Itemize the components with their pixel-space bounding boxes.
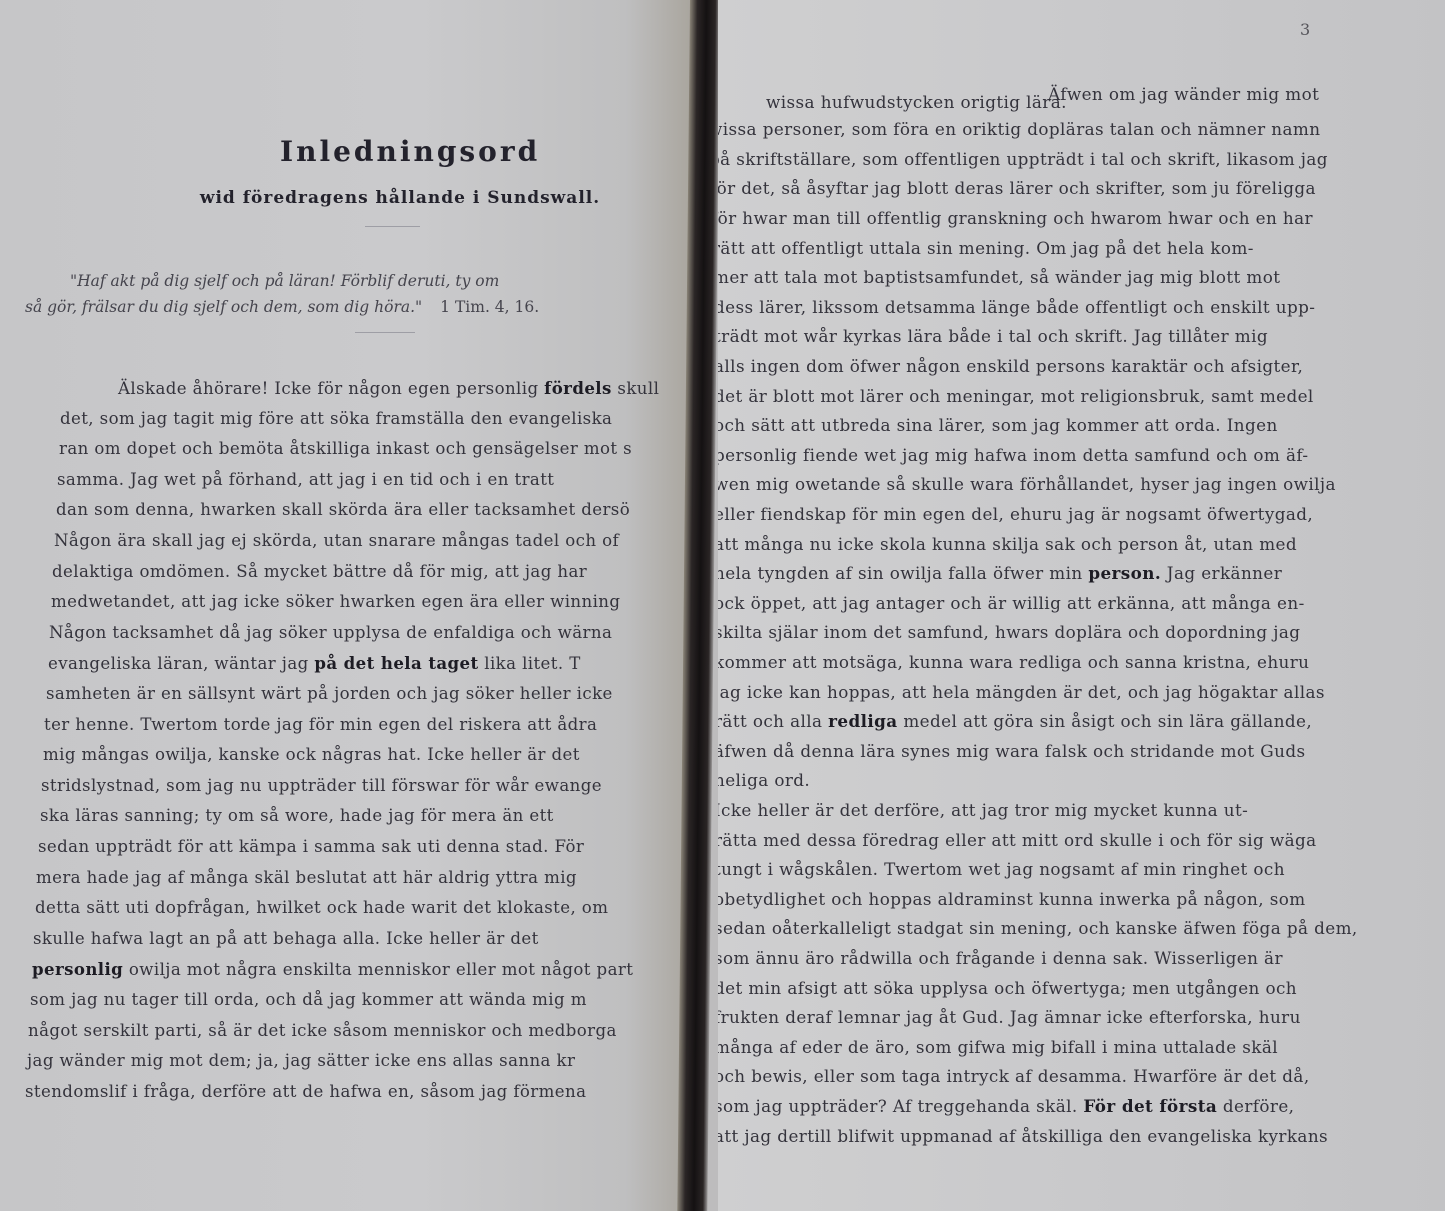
line-text: eller fiendskap för min egen del, ehuru … xyxy=(718,504,1313,524)
text-line: att många nu icke skola kunna skilja sak… xyxy=(718,534,1297,554)
text-line: trädt mot wår kyrkas lära både i tal och… xyxy=(718,326,1268,346)
text-line: mera hade jag af många skäl beslutat att… xyxy=(36,868,577,887)
right-page: 3 Äfwen om jag wänder mig motwissa hufwu… xyxy=(718,0,1445,1211)
line-text: rätt och alla xyxy=(718,711,828,731)
ornamental-rule-top xyxy=(365,226,420,227)
text-line: ock öppet, att jag antager och är willig… xyxy=(718,593,1305,613)
line-text: det, som jag tagit mig före att söka fra… xyxy=(60,409,612,428)
line-text: att jag dertill blifwit uppmanad af åtsk… xyxy=(718,1126,1328,1146)
epigraph-line-2: så gör, frälsar du dig sjelf och dem, so… xyxy=(25,294,695,320)
line-text: ter henne. Twertom torde jag för min ege… xyxy=(44,715,597,734)
text-line: medwetandet, att jag icke söker hwarken … xyxy=(51,592,620,611)
emphasis-text: redliga xyxy=(828,711,897,731)
text-line: mer att tala mot baptistsamfundet, så wä… xyxy=(718,267,1280,287)
line-text: att många nu icke skola kunna skilja sak… xyxy=(718,534,1297,554)
line-text: som jag uppträder? Af treggehanda skäl. xyxy=(718,1096,1083,1116)
line-text: skilta själar inom det samfund, hwars do… xyxy=(718,622,1300,642)
line-text: och bewis, eller som taga intryck af des… xyxy=(718,1066,1310,1086)
text-line: Någon ära skall jag ej skörda, utan snar… xyxy=(54,531,619,550)
line-text: för hwar man till offentlig granskning o… xyxy=(718,208,1313,228)
text-line: personlig owilja mot några enskilta menn… xyxy=(32,959,633,979)
line-text: och sätt att utbreda sina lärer, som jag… xyxy=(718,415,1278,435)
line-text: evangeliska läran, wäntar jag xyxy=(48,654,314,673)
line-text: på skriftställare, som offentligen upptr… xyxy=(718,149,1328,169)
text-line: samheten är en sällsynt wärt på jorden o… xyxy=(46,684,613,703)
text-line: som jag uppträder? Af treggehanda skäl. … xyxy=(718,1096,1294,1116)
text-line: detta sätt uti dopfrågan, hwilket ock ha… xyxy=(35,898,608,917)
line-text: för det, så åsyftar jag blott deras läre… xyxy=(718,178,1316,198)
text-line: ter henne. Twertom torde jag för min ege… xyxy=(44,715,597,734)
line-text: Jag erkänner xyxy=(1161,563,1282,583)
epigraph: "Haf akt på dig sjelf och på läran! Förb… xyxy=(70,268,695,320)
text-line: äfwen då denna lära synes mig wara falsk… xyxy=(718,741,1305,761)
text-line: samma. Jag wet på förhand, att jag i en … xyxy=(57,470,554,489)
text-line: evangeliska läran, wäntar jag på det hel… xyxy=(48,653,581,673)
text-line: och sätt att utbreda sina lärer, som jag… xyxy=(718,415,1278,435)
line-text: stendomslif i fråga, derföre att de hafw… xyxy=(25,1082,586,1101)
line-text: wen mig owetande så skulle wara förhålla… xyxy=(718,474,1336,494)
line-text: ran om dopet och bemöta åtskilliga inkas… xyxy=(59,439,632,458)
line-text: personlig fiende wet jag mig hafwa inom … xyxy=(718,445,1308,465)
line-text: wissa hufwudstycken origtig lära. xyxy=(766,92,1067,112)
epigraph-line-1: "Haf akt på dig sjelf och på läran! Förb… xyxy=(70,268,695,294)
text-line: för hwar man till offentlig granskning o… xyxy=(718,208,1313,228)
line-text: mig mångas owilja, kanske ock någras hat… xyxy=(43,745,580,764)
text-line: på skriftställare, som offentligen upptr… xyxy=(718,149,1328,169)
line-text: Någon ära skall jag ej skörda, utan snar… xyxy=(54,531,619,550)
text-line: att jag dertill blifwit uppmanad af åtsk… xyxy=(718,1126,1328,1146)
text-line: och bewis, eller som taga intryck af des… xyxy=(718,1066,1310,1086)
text-line: det, som jag tagit mig före att söka fra… xyxy=(60,409,612,428)
line-text: delaktiga omdömen. Så mycket bättre då f… xyxy=(52,562,587,581)
text-line: frukten deraf lemnar jag åt Gud. Jag ämn… xyxy=(718,1007,1301,1027)
line-text: mera hade jag af många skäl beslutat att… xyxy=(36,868,577,887)
line-text: ock öppet, att jag antager och är willig… xyxy=(718,593,1305,613)
text-line: kommer att motsäga, kunna wara redliga o… xyxy=(718,652,1309,672)
line-text: jag icke kan hoppas, att hela mängden är… xyxy=(718,682,1325,702)
line-text: medel att göra sin åsigt och sin lära gä… xyxy=(898,711,1313,731)
text-line: rätt och alla redliga medel att göra sin… xyxy=(718,711,1312,731)
line-text: äfwen då denna lära synes mig wara falsk… xyxy=(718,741,1305,761)
line-text: många af eder de äro, som gifwa mig bifa… xyxy=(718,1037,1278,1057)
emphasis-text: person. xyxy=(1088,563,1161,583)
text-line: jag wänder mig mot dem; ja, jag sätter i… xyxy=(27,1051,575,1070)
line-text: frukten deraf lemnar jag åt Gud. Jag ämn… xyxy=(718,1007,1301,1027)
line-text: jag wänder mig mot dem; ja, jag sätter i… xyxy=(27,1051,575,1070)
page-number: 3 xyxy=(1300,20,1310,39)
epigraph-reference: 1 Tim. 4, 16. xyxy=(440,298,539,316)
emphasis-text: fördels xyxy=(544,378,612,398)
line-text: rätta med dessa föredrag eller att mitt … xyxy=(718,830,1317,850)
left-page: Inledningsord wid föredragens hållande i… xyxy=(0,0,695,1211)
line-text: det är blott mot lärer och meningar, mot… xyxy=(718,386,1314,406)
line-text: wissa personer, som föra en oriktig dopl… xyxy=(718,119,1320,139)
text-line: mig mångas owilja, kanske ock någras hat… xyxy=(43,745,580,764)
text-line: rätta med dessa föredrag eller att mitt … xyxy=(718,830,1317,850)
text-line: delaktiga omdömen. Så mycket bättre då f… xyxy=(52,562,587,581)
chapter-title: Inledningsord xyxy=(280,135,520,168)
text-line: rätt att offentligt uttala sin mening. O… xyxy=(718,238,1254,258)
text-line: för det, så åsyftar jag blott deras läre… xyxy=(718,178,1316,198)
text-line: jag icke kan hoppas, att hela mängden är… xyxy=(718,682,1325,702)
line-text: dess lärer, likssom detsamma länge både … xyxy=(718,297,1315,317)
text-line: wissa personer, som föra en oriktig dopl… xyxy=(718,119,1320,139)
chapter-subtitle: wid föredragens hållande i Sundswall. xyxy=(170,188,630,208)
line-text: som ännu äro rådwilla och frågande i den… xyxy=(718,948,1283,968)
text-line: tungt i wågskålen. Twertom wet jag nogsa… xyxy=(718,859,1285,879)
text-line: dess lärer, likssom detsamma länge både … xyxy=(718,297,1315,317)
line-text: lika litet. T xyxy=(479,654,581,673)
line-text: Äfwen om jag wänder mig mot xyxy=(1048,84,1319,104)
line-text: kommer att motsäga, kunna wara redliga o… xyxy=(718,652,1309,672)
text-line: stendomslif i fråga, derföre att de hafw… xyxy=(25,1082,586,1101)
line-text: som jag nu tager till orda, och då jag k… xyxy=(30,990,587,1009)
text-line: skulle hafwa lagt an på att behaga alla.… xyxy=(33,929,539,948)
text-line: sedan oåterkalleligt stadgat sin mening,… xyxy=(718,918,1358,938)
line-text: sedan uppträdt för att kämpa i samma sak… xyxy=(38,837,584,856)
line-text: heliga ord. xyxy=(718,770,810,790)
line-text: skull xyxy=(612,379,660,398)
text-line: Älskade åhörare! Icke för någon egen per… xyxy=(118,378,659,398)
text-line: sedan uppträdt för att kämpa i samma sak… xyxy=(38,837,584,856)
text-line: stridslystnad, som jag nu uppträder till… xyxy=(41,776,602,795)
text-line: som jag nu tager till orda, och då jag k… xyxy=(30,990,587,1009)
line-text: samma. Jag wet på förhand, att jag i en … xyxy=(57,470,554,489)
line-text: derföre, xyxy=(1217,1096,1294,1116)
emphasis-text: på det hela taget xyxy=(314,653,478,673)
text-line: skilta själar inom det samfund, hwars do… xyxy=(718,622,1300,642)
line-text: trädt mot wår kyrkas lära både i tal och… xyxy=(718,326,1268,346)
text-line: alls ingen dom öfwer någon enskild perso… xyxy=(718,356,1303,376)
emphasis-text: För det första xyxy=(1083,1096,1217,1116)
text-line: heliga ord. xyxy=(718,770,810,790)
line-text: något serskilt parti, så är det icke sås… xyxy=(28,1021,617,1040)
text-line: hela tyngden af sin owilja falla öfwer m… xyxy=(718,563,1282,583)
text-line: Icke heller är det derföre, att jag tror… xyxy=(718,800,1248,820)
line-text: obetydlighet och hoppas aldraminst kunna… xyxy=(718,889,1306,909)
ornamental-rule-bottom xyxy=(355,332,415,333)
text-line: som ännu äro rådwilla och frågande i den… xyxy=(718,948,1283,968)
text-line: obetydlighet och hoppas aldraminst kunna… xyxy=(718,889,1306,909)
line-text: samheten är en sällsynt wärt på jorden o… xyxy=(46,684,613,703)
line-text: mer att tala mot baptistsamfundet, så wä… xyxy=(718,267,1280,287)
line-text: detta sätt uti dopfrågan, hwilket ock ha… xyxy=(35,898,608,917)
line-text: Älskade åhörare! Icke för någon egen per… xyxy=(118,379,544,398)
text-line: Någon tacksamhet då jag söker upplysa de… xyxy=(49,623,612,642)
line-text: Någon tacksamhet då jag söker upplysa de… xyxy=(49,623,612,642)
emphasis-text: personlig xyxy=(32,959,123,979)
line-text: det min afsigt att söka upplysa och öfwe… xyxy=(718,978,1297,998)
line-text: stridslystnad, som jag nu uppträder till… xyxy=(41,776,602,795)
text-line: ran om dopet och bemöta åtskilliga inkas… xyxy=(59,439,632,458)
line-text: sedan oåterkalleligt stadgat sin mening,… xyxy=(718,918,1358,938)
line-text: dan som denna, hwarken skall skörda ära … xyxy=(56,500,630,519)
text-line: eller fiendskap för min egen del, ehuru … xyxy=(718,504,1313,524)
line-text: rätt att offentligt uttala sin mening. O… xyxy=(718,238,1254,258)
line-text: ska läras sanning; ty om så wore, hade j… xyxy=(40,806,554,825)
line-text: medwetandet, att jag icke söker hwarken … xyxy=(51,592,620,611)
text-line: många af eder de äro, som gifwa mig bifa… xyxy=(718,1037,1278,1057)
epigraph-line-2-text: så gör, frälsar du dig sjelf och dem, so… xyxy=(25,298,422,316)
text-line: det min afsigt att söka upplysa och öfwe… xyxy=(718,978,1297,998)
text-line: dan som denna, hwarken skall skörda ära … xyxy=(56,500,630,519)
text-line: ska läras sanning; ty om så wore, hade j… xyxy=(40,806,554,825)
text-line: wissa hufwudstycken origtig lära. xyxy=(766,92,1067,112)
line-text: alls ingen dom öfwer någon enskild perso… xyxy=(718,356,1303,376)
line-text: Icke heller är det derföre, att jag tror… xyxy=(718,800,1248,820)
text-line: Äfwen om jag wänder mig mot xyxy=(1048,84,1319,104)
text-line: något serskilt parti, så är det icke sås… xyxy=(28,1021,617,1040)
line-text: owilja mot några enskilta menniskor elle… xyxy=(123,960,633,979)
line-text: skulle hafwa lagt an på att behaga alla.… xyxy=(33,929,539,948)
line-text: hela tyngden af sin owilja falla öfwer m… xyxy=(718,563,1088,583)
text-line: det är blott mot lärer och meningar, mot… xyxy=(718,386,1314,406)
line-text: tungt i wågskålen. Twertom wet jag nogsa… xyxy=(718,859,1285,879)
text-line: personlig fiende wet jag mig hafwa inom … xyxy=(718,445,1308,465)
text-line: wen mig owetande så skulle wara förhålla… xyxy=(718,474,1336,494)
